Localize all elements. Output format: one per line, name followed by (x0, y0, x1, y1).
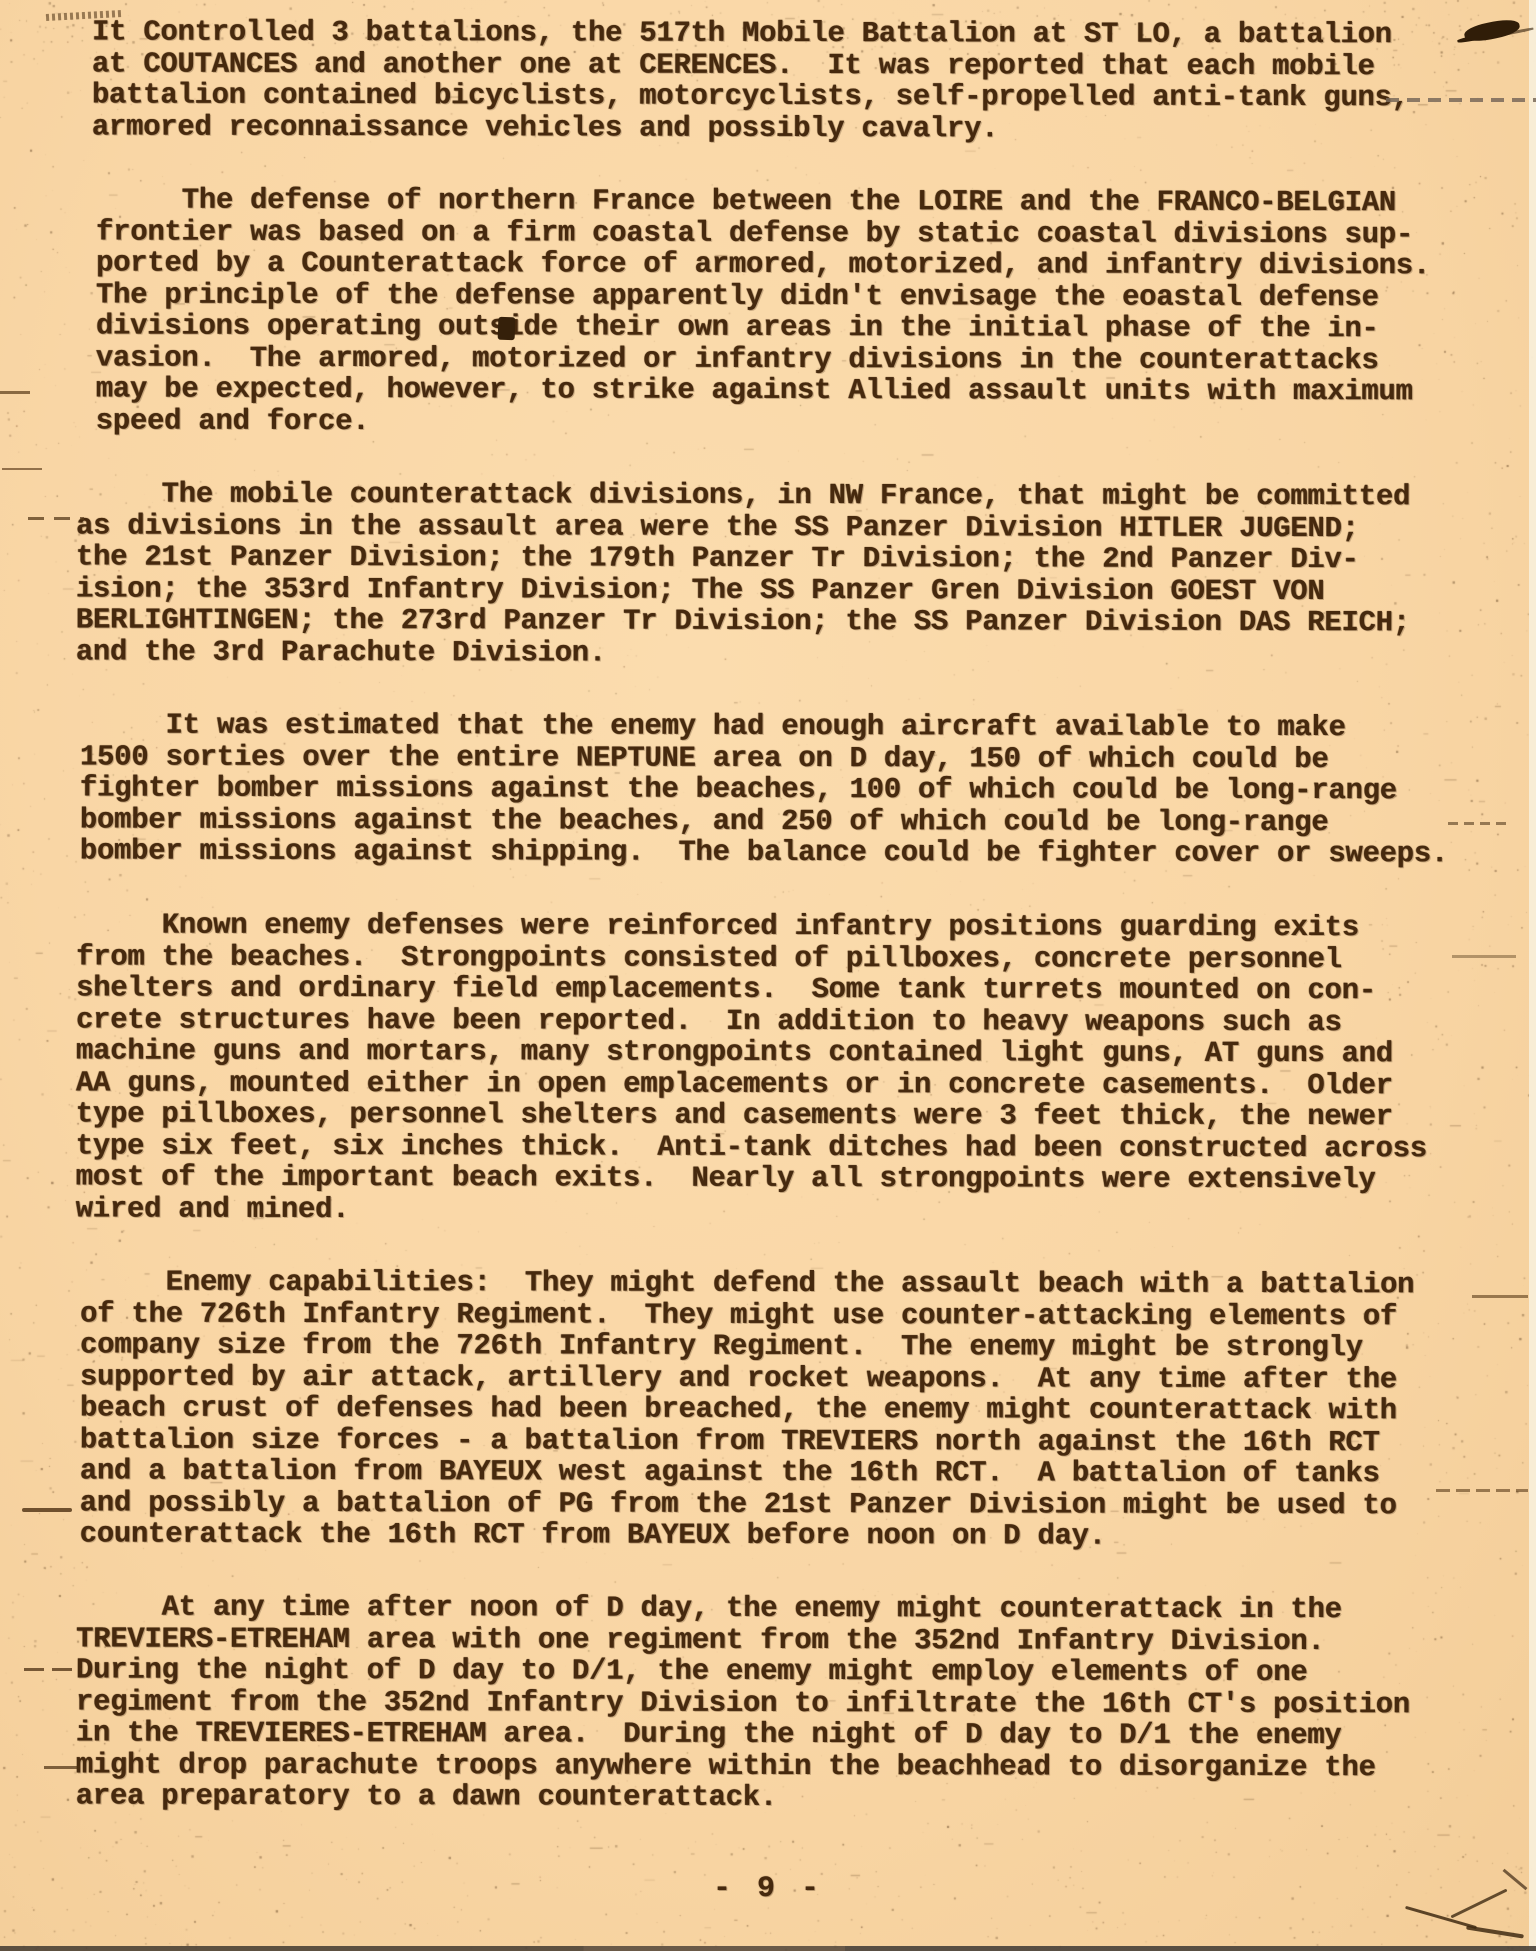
margin-dash (44, 1766, 80, 1769)
margin-dash (28, 517, 84, 520)
gray-dashed-line (1386, 98, 1536, 102)
document-page: It Controlled 3 battalions, the 517th Mo… (0, 0, 1536, 1951)
margin-dash (1452, 955, 1516, 958)
overstrike-ink-blot (498, 317, 516, 341)
margin-dash (2, 468, 42, 470)
margin-dash (22, 1508, 72, 1512)
margin-dash (1436, 1489, 1528, 1492)
page-number: - 9 - (0, 1872, 1536, 1906)
margin-dash (1472, 1295, 1528, 1298)
margin-dash (24, 1668, 82, 1671)
paragraph-2: The defense of northern France between t… (96, 184, 1536, 439)
scan-bottom-edge-line (0, 1946, 1536, 1951)
margin-dash (1448, 822, 1510, 825)
paragraph-7: At any time after noon of D day, the ene… (76, 1591, 1536, 1815)
paragraph-1: It Controlled 3 battalions, the 517th Mo… (92, 16, 1536, 145)
paragraph-6: Enemy capabilities: They might defend th… (80, 1266, 1536, 1553)
typewritten-text: It Controlled 3 battalions, the 517th Mo… (76, 18, 1536, 1814)
paragraph-5: Known enemy defenses were reinforced inf… (76, 909, 1536, 1227)
paragraph-3: The mobile counterattack divisions, in N… (76, 478, 1536, 670)
margin-dash (0, 391, 30, 394)
paragraph-4: It was estimated that the enemy had enou… (80, 709, 1536, 870)
